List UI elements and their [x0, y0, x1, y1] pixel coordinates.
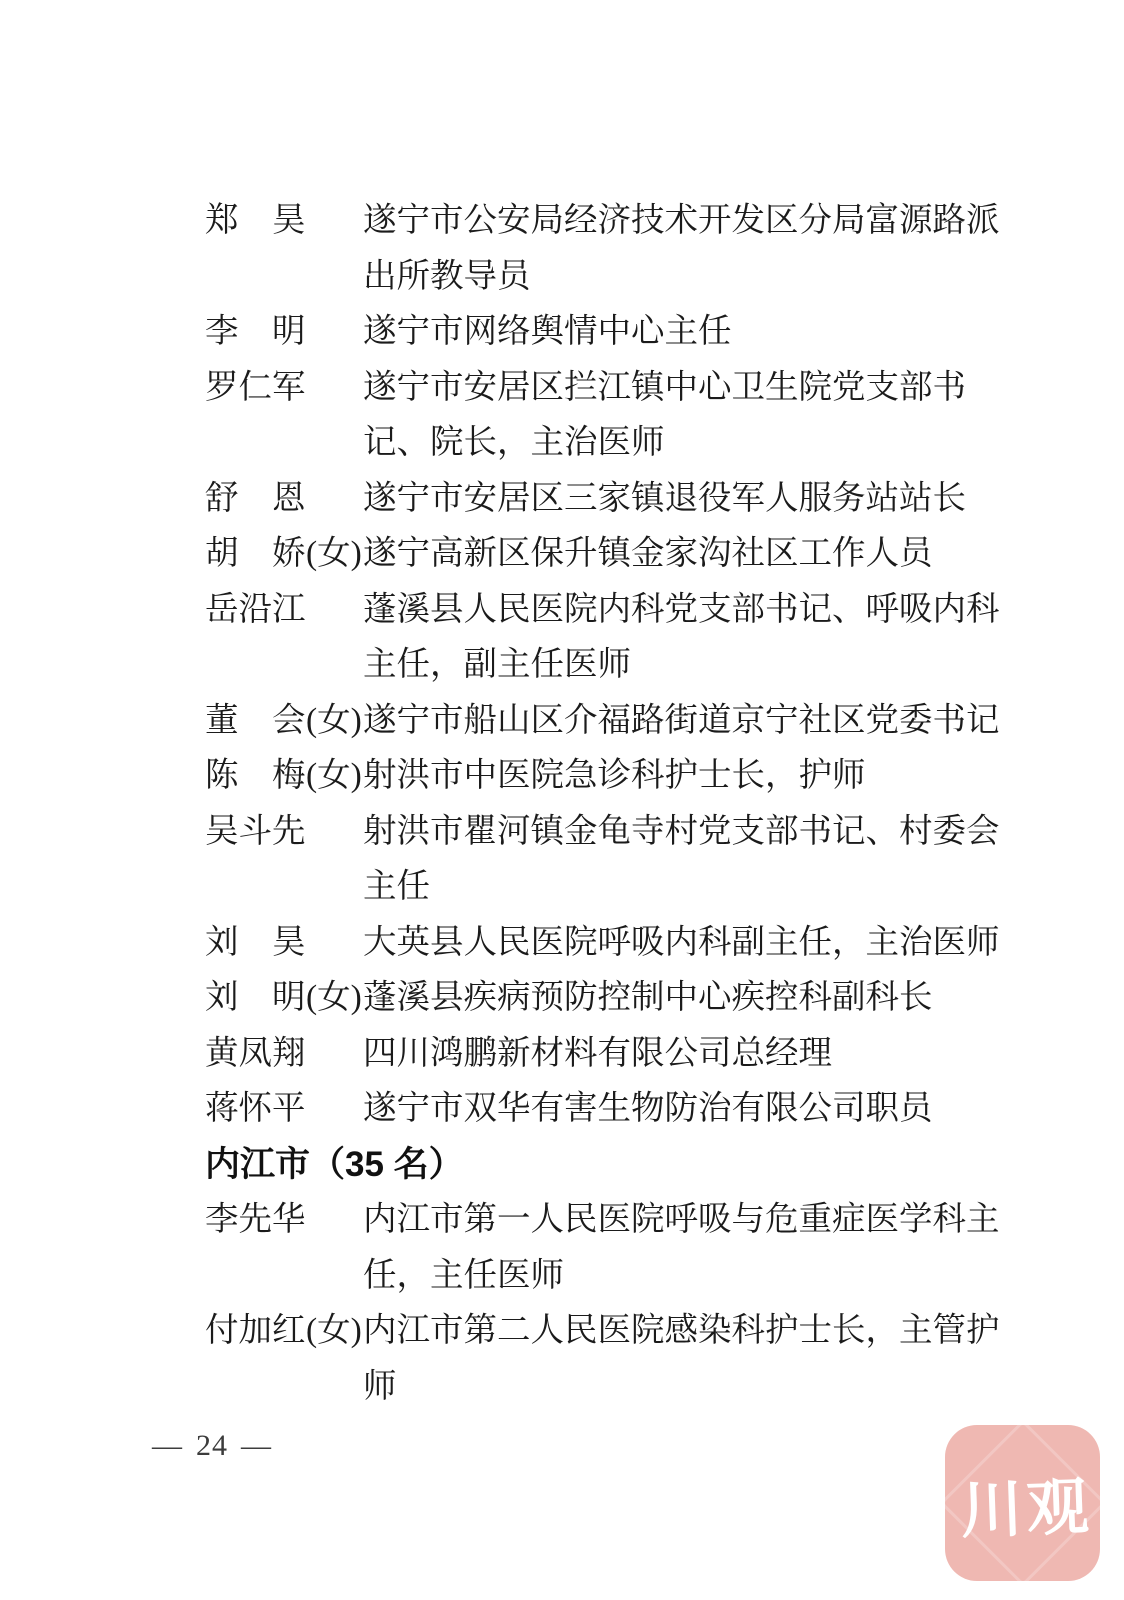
list-item: 吴斗先 射洪市瞿河镇金龟寺村党支部书记、村委会主任 [205, 804, 1005, 915]
section-count: （35 名） [310, 1145, 464, 1184]
commendation-list: 郑 昊 遂宁市公安局经济技术开发区分局富源路派出所教导员 李 明 遂宁市网络舆情… [205, 193, 1005, 1414]
name-block: 胡 娇(女) [205, 526, 363, 582]
person-name: 刘 明 [205, 970, 306, 1026]
description-line: 记、院长，主治医师 [363, 415, 1005, 471]
position-description: 射洪市瞿河镇金龟寺村党支部书记、村委会主任 [363, 804, 1005, 915]
description-line: 遂宁高新区保升镇金家沟社区工作人员 [363, 526, 1005, 582]
description-line: 遂宁市公安局经济技术开发区分局富源路派 [363, 193, 1005, 249]
position-description: 遂宁市安居区三家镇退役军人服务站站长 [363, 471, 1005, 527]
description-line: 师 [363, 1359, 1005, 1415]
list-item: 李先华 内江市第一人民医院呼吸与危重症医学科主任，主任医师 [205, 1192, 1005, 1303]
description-line: 遂宁市安居区拦江镇中心卫生院党支部书 [363, 360, 1005, 416]
person-name: 董 会 [205, 693, 306, 749]
position-description: 遂宁高新区保升镇金家沟社区工作人员 [363, 526, 1005, 582]
description-line: 出所教导员 [363, 249, 1005, 305]
position-description: 遂宁市公安局经济技术开发区分局富源路派出所教导员 [363, 193, 1005, 304]
list-item: 陈 梅(女) 射洪市中医院急诊科护士长，护师 [205, 748, 1005, 804]
gender-marker: (女) [306, 970, 362, 1026]
description-line: 任，主任医师 [363, 1248, 1005, 1304]
description-line: 遂宁市安居区三家镇退役军人服务站站长 [363, 471, 1005, 527]
name-block: 罗仁军 [205, 360, 363, 416]
description-line: 遂宁市网络舆情中心主任 [363, 304, 1005, 360]
position-description: 四川鸿鹏新材料有限公司总经理 [363, 1026, 1005, 1082]
list-item: 郑 昊 遂宁市公安局经济技术开发区分局富源路派出所教导员 [205, 193, 1005, 304]
list-item: 舒 恩 遂宁市安居区三家镇退役军人服务站站长 [205, 471, 1005, 527]
person-name: 刘 昊 [205, 915, 306, 971]
person-name: 付加红 [205, 1303, 306, 1359]
logo-text: 川观 [945, 1425, 1100, 1581]
section-title: 内江市 [205, 1145, 310, 1184]
name-block: 董 会(女) [205, 693, 363, 749]
name-block: 蒋怀平 [205, 1081, 363, 1137]
list-item: 李 明 遂宁市网络舆情中心主任 [205, 304, 1005, 360]
position-description: 大英县人民医院呼吸内科副主任，主治医师 [363, 915, 1005, 971]
page-footer: — 24 — [152, 1429, 272, 1463]
position-description: 蓬溪县疾病预防控制中心疾控科副科长 [363, 970, 1005, 1026]
gender-marker: (女) [306, 526, 362, 582]
person-name: 李先华 [205, 1192, 306, 1248]
position-description: 遂宁市网络舆情中心主任 [363, 304, 1005, 360]
description-line: 射洪市中医院急诊科护士长，护师 [363, 748, 1005, 804]
description-line: 内江市第二人民医院感染科护士长，主管护 [363, 1303, 1005, 1359]
list-item: 董 会(女) 遂宁市船山区介福路街道京宁社区党委书记 [205, 693, 1005, 749]
description-line: 蓬溪县疾病预防控制中心疾控科副科长 [363, 970, 1005, 1026]
list-item: 刘 昊 大英县人民医院呼吸内科副主任，主治医师 [205, 915, 1005, 971]
person-name: 胡 娇 [205, 526, 306, 582]
list-item: 岳沿江 蓬溪县人民医院内科党支部书记、呼吸内科主任，副主任医师 [205, 582, 1005, 693]
person-name: 黄凤翔 [205, 1026, 306, 1082]
list-item: 蒋怀平 遂宁市双华有害生物防治有限公司职员 [205, 1081, 1005, 1137]
person-name: 舒 恩 [205, 471, 306, 527]
list-item: 黄凤翔 四川鸿鹏新材料有限公司总经理 [205, 1026, 1005, 1082]
list-item: 刘 明(女) 蓬溪县疾病预防控制中心疾控科副科长 [205, 970, 1005, 1026]
position-description: 射洪市中医院急诊科护士长，护师 [363, 748, 1005, 804]
document-page: { "colors": { "page_bg": "#ffffff", "bod… [0, 0, 1124, 1600]
list-suining: 郑 昊 遂宁市公安局经济技术开发区分局富源路派出所教导员 李 明 遂宁市网络舆情… [205, 193, 1005, 1137]
list-neijiang: 李先华 内江市第一人民医院呼吸与危重症医学科主任，主任医师 付加红(女) 内江市… [205, 1192, 1005, 1414]
description-line: 蓬溪县人民医院内科党支部书记、呼吸内科 [363, 582, 1005, 638]
position-description: 遂宁市安居区拦江镇中心卫生院党支部书记、院长，主治医师 [363, 360, 1005, 471]
name-block: 岳沿江 [205, 582, 363, 638]
position-description: 蓬溪县人民医院内科党支部书记、呼吸内科主任，副主任医师 [363, 582, 1005, 693]
name-block: 李 明 [205, 304, 363, 360]
name-block: 付加红(女) [205, 1303, 363, 1359]
name-block: 舒 恩 [205, 471, 363, 527]
name-block: 陈 梅(女) [205, 748, 363, 804]
name-block: 李先华 [205, 1192, 363, 1248]
name-block: 刘 昊 [205, 915, 363, 971]
description-line: 内江市第一人民医院呼吸与危重症医学科主 [363, 1192, 1005, 1248]
position-description: 遂宁市船山区介福路街道京宁社区党委书记 [363, 693, 1005, 749]
footer-dash-left: — [152, 1429, 183, 1463]
description-line: 四川鸿鹏新材料有限公司总经理 [363, 1026, 1005, 1082]
person-name: 岳沿江 [205, 582, 306, 638]
gender-marker: (女) [306, 693, 362, 749]
list-item: 胡 娇(女) 遂宁高新区保升镇金家沟社区工作人员 [205, 526, 1005, 582]
description-line: 大英县人民医院呼吸内科副主任，主治医师 [363, 915, 1005, 971]
person-name: 郑 昊 [205, 193, 306, 249]
description-line: 主任，副主任医师 [363, 637, 1005, 693]
name-block: 刘 明(女) [205, 970, 363, 1026]
person-name: 罗仁军 [205, 360, 306, 416]
description-line: 射洪市瞿河镇金龟寺村党支部书记、村委会 [363, 804, 1005, 860]
name-block: 郑 昊 [205, 193, 363, 249]
person-name: 陈 梅 [205, 748, 306, 804]
position-description: 遂宁市双华有害生物防治有限公司职员 [363, 1081, 1005, 1137]
gender-marker: (女) [306, 748, 362, 804]
position-description: 内江市第一人民医院呼吸与危重症医学科主任，主任医师 [363, 1192, 1005, 1303]
list-item: 罗仁军 遂宁市安居区拦江镇中心卫生院党支部书记、院长，主治医师 [205, 360, 1005, 471]
person-name: 吴斗先 [205, 804, 306, 860]
list-item: 付加红(女) 内江市第二人民医院感染科护士长，主管护师 [205, 1303, 1005, 1414]
name-block: 吴斗先 [205, 804, 363, 860]
page-number: 24 [196, 1429, 228, 1463]
section-header: 内江市（35 名） [205, 1137, 1005, 1193]
person-name: 蒋怀平 [205, 1081, 306, 1137]
position-description: 内江市第二人民医院感染科护士长，主管护师 [363, 1303, 1005, 1414]
footer-dash-right: — [241, 1429, 272, 1463]
person-name: 李 明 [205, 304, 306, 360]
description-line: 遂宁市船山区介福路街道京宁社区党委书记 [363, 693, 1005, 749]
name-block: 黄凤翔 [205, 1026, 363, 1082]
gender-marker: (女) [306, 1303, 362, 1359]
chuanguan-logo: 川观 [945, 1425, 1100, 1581]
description-line: 遂宁市双华有害生物防治有限公司职员 [363, 1081, 1005, 1137]
description-line: 主任 [363, 859, 1005, 915]
